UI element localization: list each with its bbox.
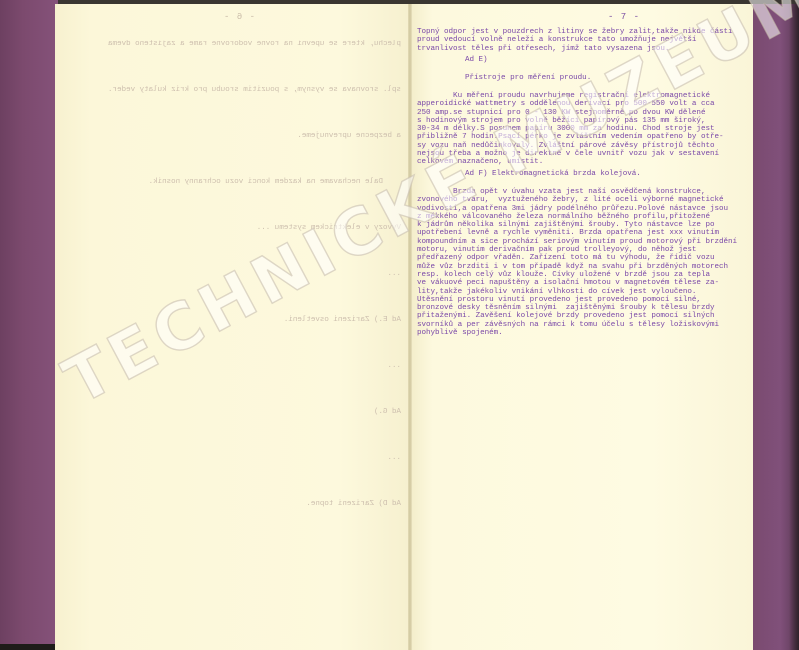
bleed-through-line: Ad G.) [61, 408, 401, 454]
text-line: lity,takže jakékoliv vnikání vlhkosti do… [417, 288, 737, 296]
text-line: z měkkého válcovaného železa normálního … [417, 213, 737, 221]
left-page: - 6 - plechu, ktere se upevni na rovne v… [55, 4, 410, 650]
text-line: kompoundním a sice prochází seriovým vin… [417, 238, 737, 246]
bleed-through-line: spl. srovnava se vysnym, s pouzitim srou… [61, 86, 401, 132]
text-line: svorníků a per závěsných na rámci k tomu… [417, 321, 737, 329]
text-line: pohyblivě spojeném. [417, 329, 737, 337]
section-e-label: Ad E) [465, 56, 488, 64]
text-line: zvonového tvaru, vyztuženého žebry, z li… [417, 196, 737, 204]
text-line: bronzové desky těsněním silnými zajištěn… [417, 304, 737, 312]
text-line: resp. kolech celý vůz klouže. Cívky ulož… [417, 271, 737, 279]
bleed-through-line: Vyvozy v elektrickem systemu ... [61, 224, 401, 270]
text-line: upotřebení levně a rychle vyměniti. Brzd… [417, 229, 737, 237]
section-f-title: Ad F) Elektromagnetická brzda kolejová. [465, 170, 641, 178]
left-page-bleed-through-text: plechu, ktere se upevni na rovne vodorov… [61, 40, 401, 508]
text-line: Ku měření proudu navrhujeme registrační … [417, 92, 723, 100]
text-line: může vůz brzditi i v tom případě když na… [417, 263, 737, 271]
right-page-number: - 7 - [608, 12, 640, 22]
text-line: přibližně 7 hodin.Psací pérko je zvláštn… [417, 133, 723, 141]
bleed-through-line: a bezpecne uprevnujeme. [61, 132, 401, 178]
left-page-number: - 6 - [223, 12, 255, 22]
book-cover-left [0, 0, 58, 650]
bleed-through-line: Ad E.) Zarizeni osvetleni. [61, 316, 401, 362]
text-line: apperoidické wattmetry s oddělenou deriv… [417, 100, 723, 108]
text-line: k jádrům několika silnými zajištěnými šr… [417, 221, 737, 229]
paragraph-current-measurement: Ku měření proudu navrhujeme registrační … [417, 92, 723, 167]
text-line: proud vedoucí volně neleží a konstrukce … [417, 36, 733, 44]
text-line: motoru, vinutím derivačním pak proud tro… [417, 246, 737, 254]
text-line: ve vákuové peci napuštěny a isolační hmo… [417, 279, 737, 287]
section-e-title: Přístroje pro měření proudu. [465, 74, 591, 82]
text-line: celkovém naznačeno, umístit. [417, 158, 723, 166]
text-line: sy vozu naň nedůčinkovaly. Zvláštní páro… [417, 142, 723, 150]
text-line: vodivosti,a opatřena 3mi jádry podélného… [417, 205, 737, 213]
bleed-through-line: ... [61, 454, 401, 500]
text-line: přitaženými. Zavěšení kolejové brzdy pro… [417, 312, 737, 320]
text-line: nejsou třeba a možno je direktně v čele … [417, 150, 723, 158]
text-line: Topný odpor jest v pouzdrech z litiny se… [417, 28, 733, 36]
book-cover-right [752, 4, 799, 650]
bleed-through-line: ... [61, 270, 401, 316]
paragraph-heating-resistor: Topný odpor jest v pouzdrech z litiny se… [417, 28, 733, 53]
bleed-through-line: Dale nechavame na kazdem konci vozu ochr… [61, 178, 401, 224]
text-line: předřazený odpor vřaděn. Zařízení toto m… [417, 254, 737, 262]
text-line: Utěsnění prostoru vinutí provedeno jest … [417, 296, 737, 304]
text-line: trvanlivost těles při otřesech, jímž tat… [417, 45, 733, 53]
text-line: Brzda opět v úvahu vzata jest naší osvěd… [417, 188, 737, 196]
bleed-through-line: plechu, ktere se upevni na rovne vodorov… [61, 40, 401, 86]
bleed-through-line: Ad D) Zarizeni topne. [61, 500, 401, 508]
bleed-through-line: ... [61, 362, 401, 408]
text-line: s hodinovým strojem pro volně běžící pap… [417, 117, 723, 125]
paragraph-electromagnetic-brake: Brzda opět v úvahu vzata jest naší osvěd… [417, 188, 737, 337]
text-line: 250 amp.se stupnicí pro 0 - 130 KW stejn… [417, 109, 723, 117]
text-line: 30-34 m délky.S posunem papíru 3000 mm z… [417, 125, 723, 133]
right-page: - 7 - Topný odpor jest v pouzdrech z lit… [412, 4, 753, 650]
